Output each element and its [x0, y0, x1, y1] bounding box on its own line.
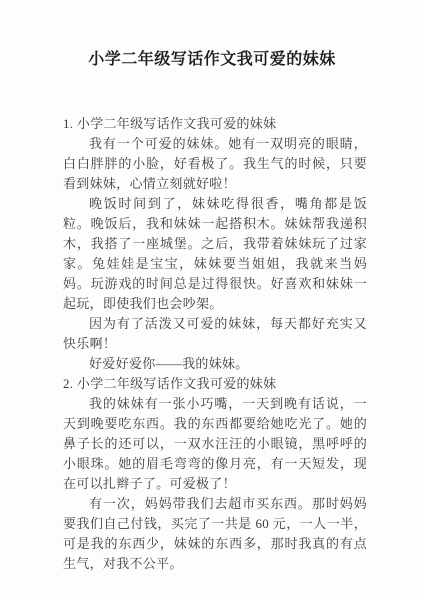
section-1-paragraph-2: 晚饭时间到了，妹妹吃得很香，嘴角都是饭粒。晚饭后，我和妹妹一起搭积木。妹妹帮我递…: [63, 194, 367, 314]
section-2-heading: 2. 小学二年级写话作文我可爱的妹妹: [63, 374, 367, 394]
document-page: 小学二年级写话作文我可爱的妹妹 1. 小学二年级写话作文我可爱的妹妹 我有一个可…: [0, 0, 424, 600]
section-2-paragraph-2: 有一次，妈妈带我们去超市买东西。那时妈妈要我们自己付钱，买完了一共是 60 元，…: [63, 494, 367, 574]
section-2-paragraph-1: 我的妹妹有一张小巧嘴，一天到晚有话说，一天到晚要吃东西。我的东西都要给她吃光了。…: [63, 394, 367, 494]
document-body: 1. 小学二年级写话作文我可爱的妹妹 我有一个可爱的妹妹。她有一双明亮的眼睛，白…: [63, 114, 367, 574]
section-1-paragraph-4: 好爱好爱你——我的妹妹。: [63, 354, 367, 374]
section-1-heading: 1. 小学二年级写话作文我可爱的妹妹: [63, 114, 367, 134]
section-1-paragraph-1: 我有一个可爱的妹妹。她有一双明亮的眼睛，白白胖胖的小脸，好看极了。我生气的时候，…: [63, 134, 367, 194]
section-1-paragraph-3: 因为有了活泼又可爱的妹妹，每天都好充实又快乐啊！: [63, 314, 367, 354]
page-title: 小学二年级写话作文我可爱的妹妹: [0, 0, 424, 70]
